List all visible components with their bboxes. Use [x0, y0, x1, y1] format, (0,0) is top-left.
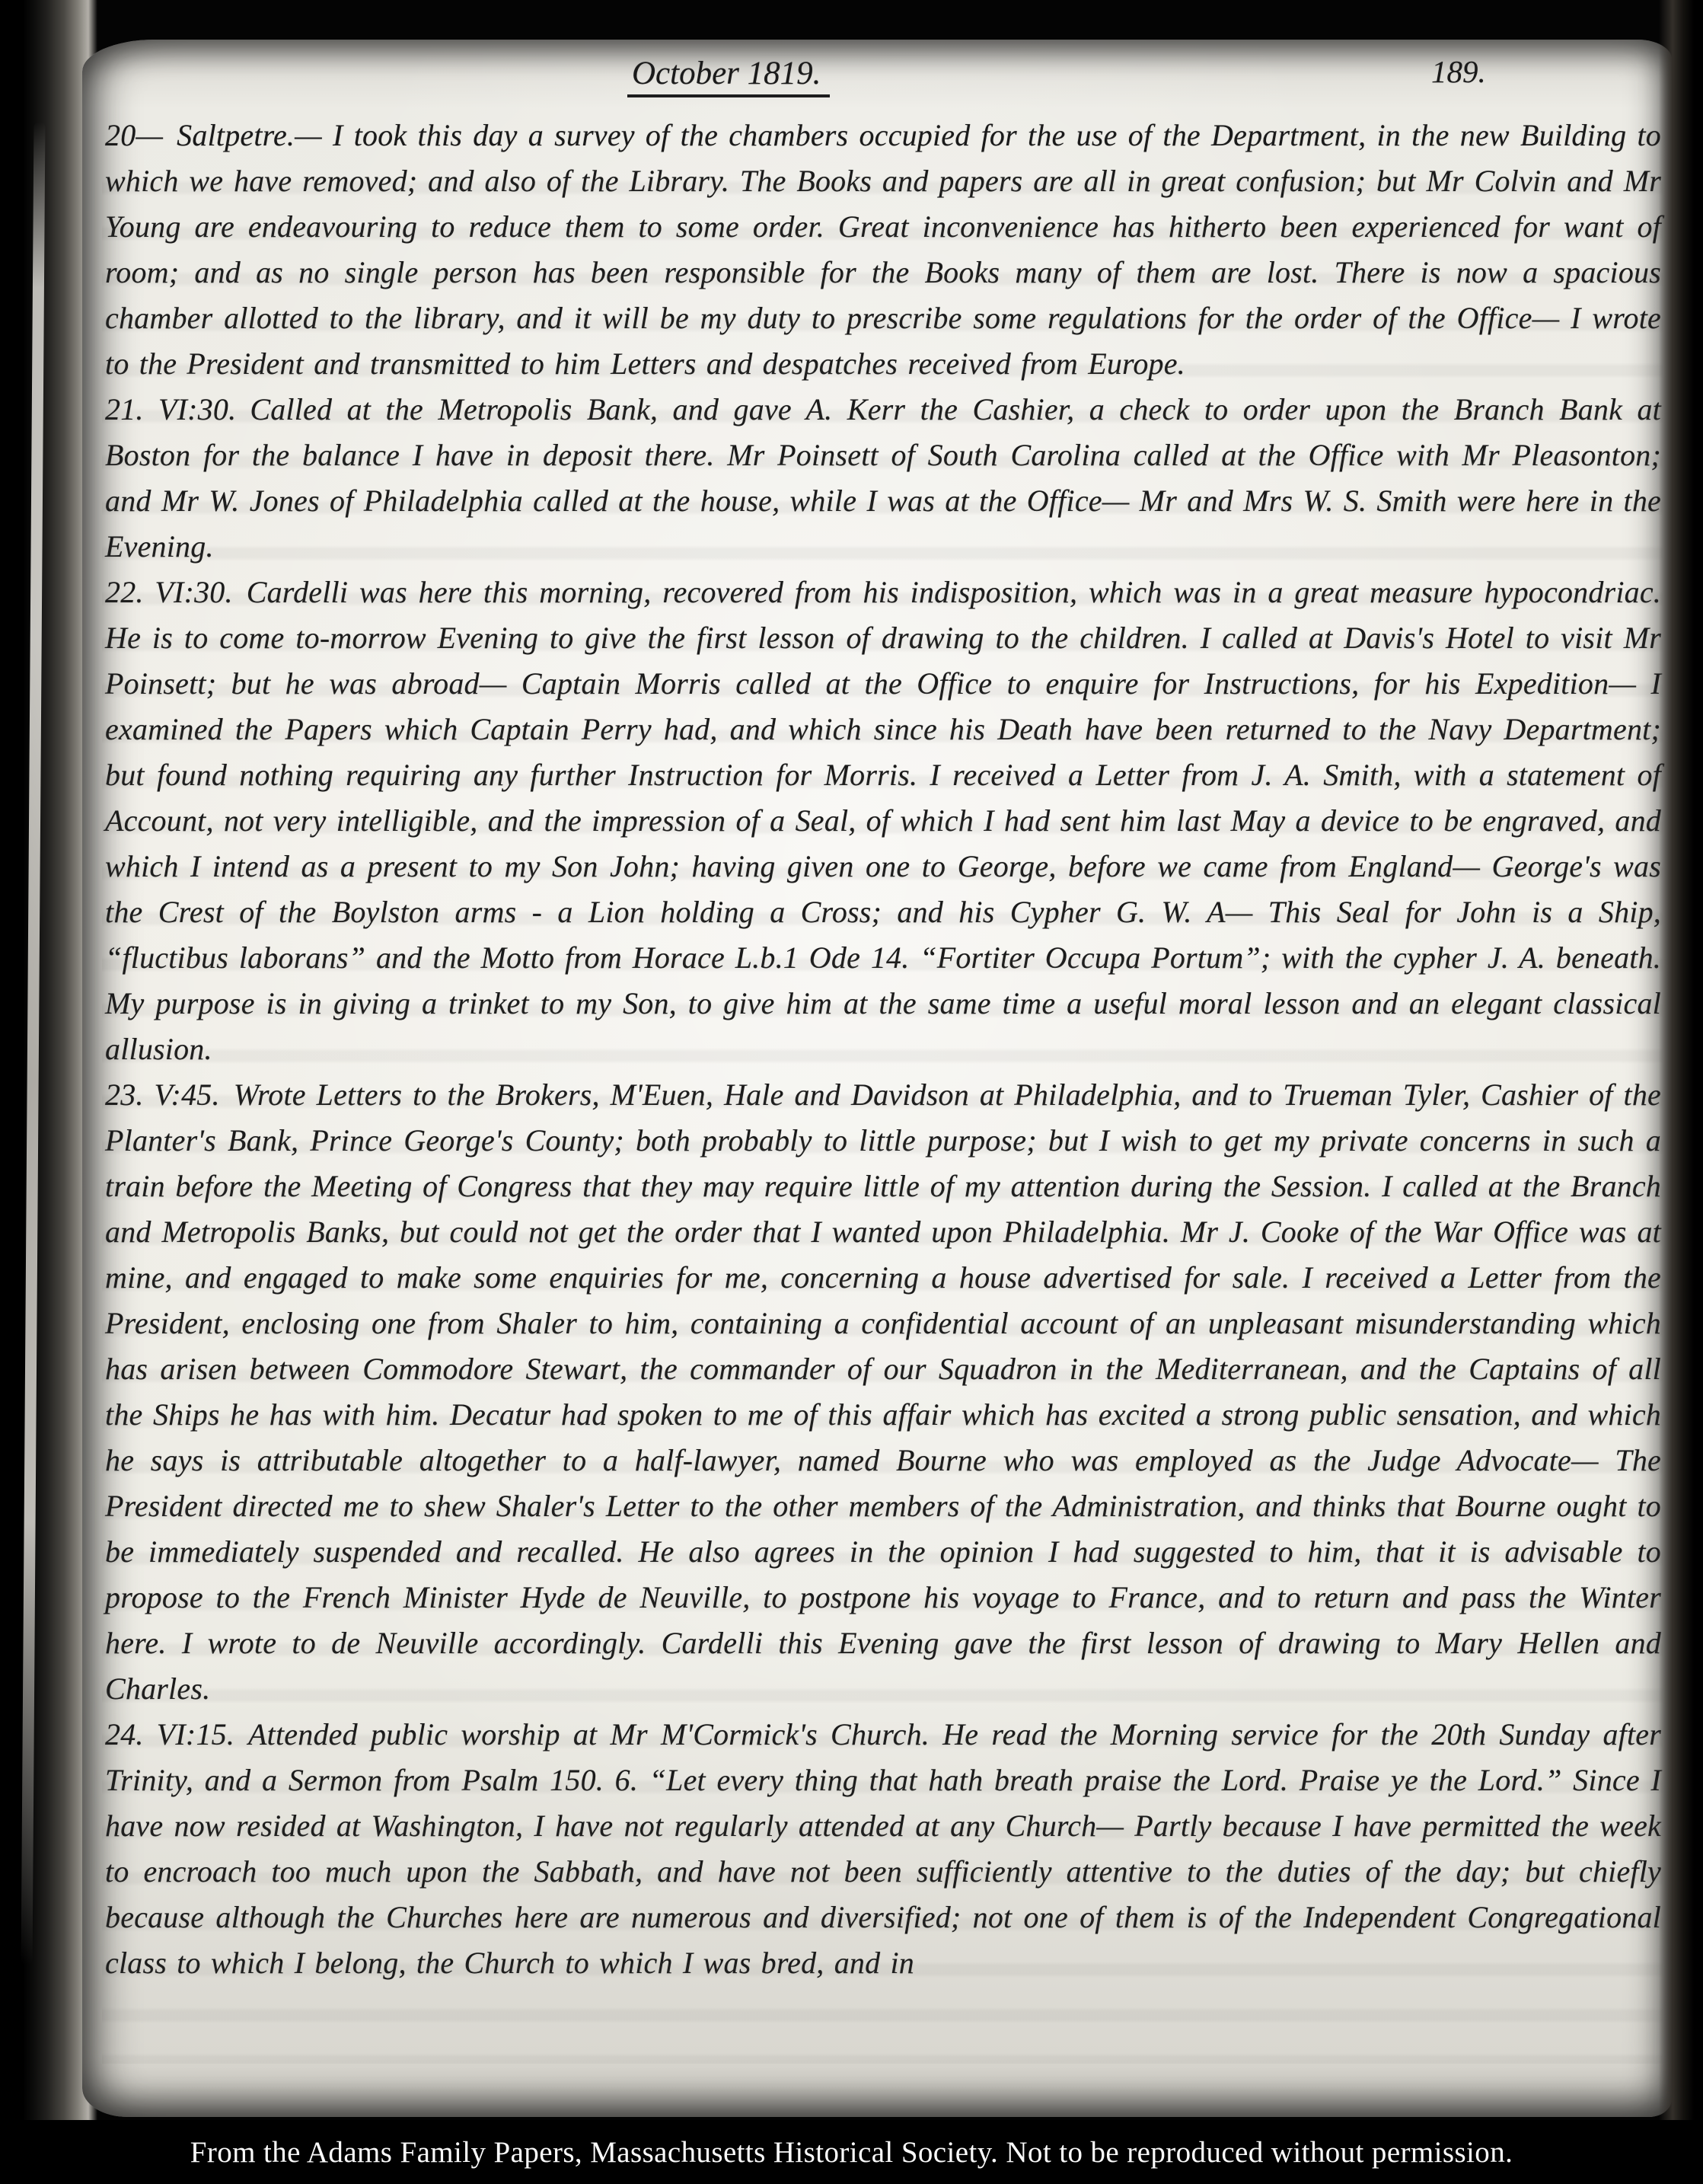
- entry-date-label: 23. V:45.: [105, 1078, 234, 1112]
- date-heading: October 1819.: [627, 55, 830, 97]
- manuscript-scan: { "document": { "date_heading": "October…: [0, 0, 1703, 2184]
- entry-date-label: 21. VI:30.: [105, 392, 250, 426]
- entry-text: Called at the Metropolis Bank, and gave …: [105, 392, 1661, 564]
- manuscript-page: October 1819. 189. 20—Saltpetre.— I took…: [82, 40, 1672, 2117]
- entry-date-label: 22. VI:30.: [105, 575, 247, 609]
- entry-text: Wrote Letters to the Brokers, M'Euen, Ha…: [105, 1078, 1661, 1706]
- diary-entry: 21. VI:30.Called at the Metropolis Bank,…: [105, 387, 1661, 570]
- page-number: 189.: [1431, 53, 1486, 90]
- entry-text: Saltpetre.— I took this day a survey of …: [105, 118, 1661, 381]
- diary-text: 20—Saltpetre.— I took this day a survey …: [105, 113, 1661, 1986]
- diary-entry: 24. VI:15.Attended public worship at Mr …: [105, 1712, 1661, 1986]
- credit-text: From the Adams Family Papers, Massachuse…: [190, 2135, 1513, 2170]
- credit-bar: From the Adams Family Papers, Massachuse…: [0, 2120, 1703, 2184]
- page-right-edge-shadow: [1659, 0, 1703, 2125]
- entry-text: Cardelli was here this morning, recovere…: [105, 575, 1661, 1066]
- entry-text: Attended public worship at Mr M'Cormick'…: [105, 1717, 1661, 1980]
- diary-entry: 22. VI:30.Cardelli was here this morning…: [105, 570, 1661, 1072]
- entry-date-label: 24. VI:15.: [105, 1717, 248, 1751]
- diary-entry: 23. V:45.Wrote Letters to the Brokers, M…: [105, 1072, 1661, 1712]
- entry-date-label: 20—: [105, 118, 177, 152]
- diary-entry: 20—Saltpetre.— I took this day a survey …: [105, 113, 1661, 387]
